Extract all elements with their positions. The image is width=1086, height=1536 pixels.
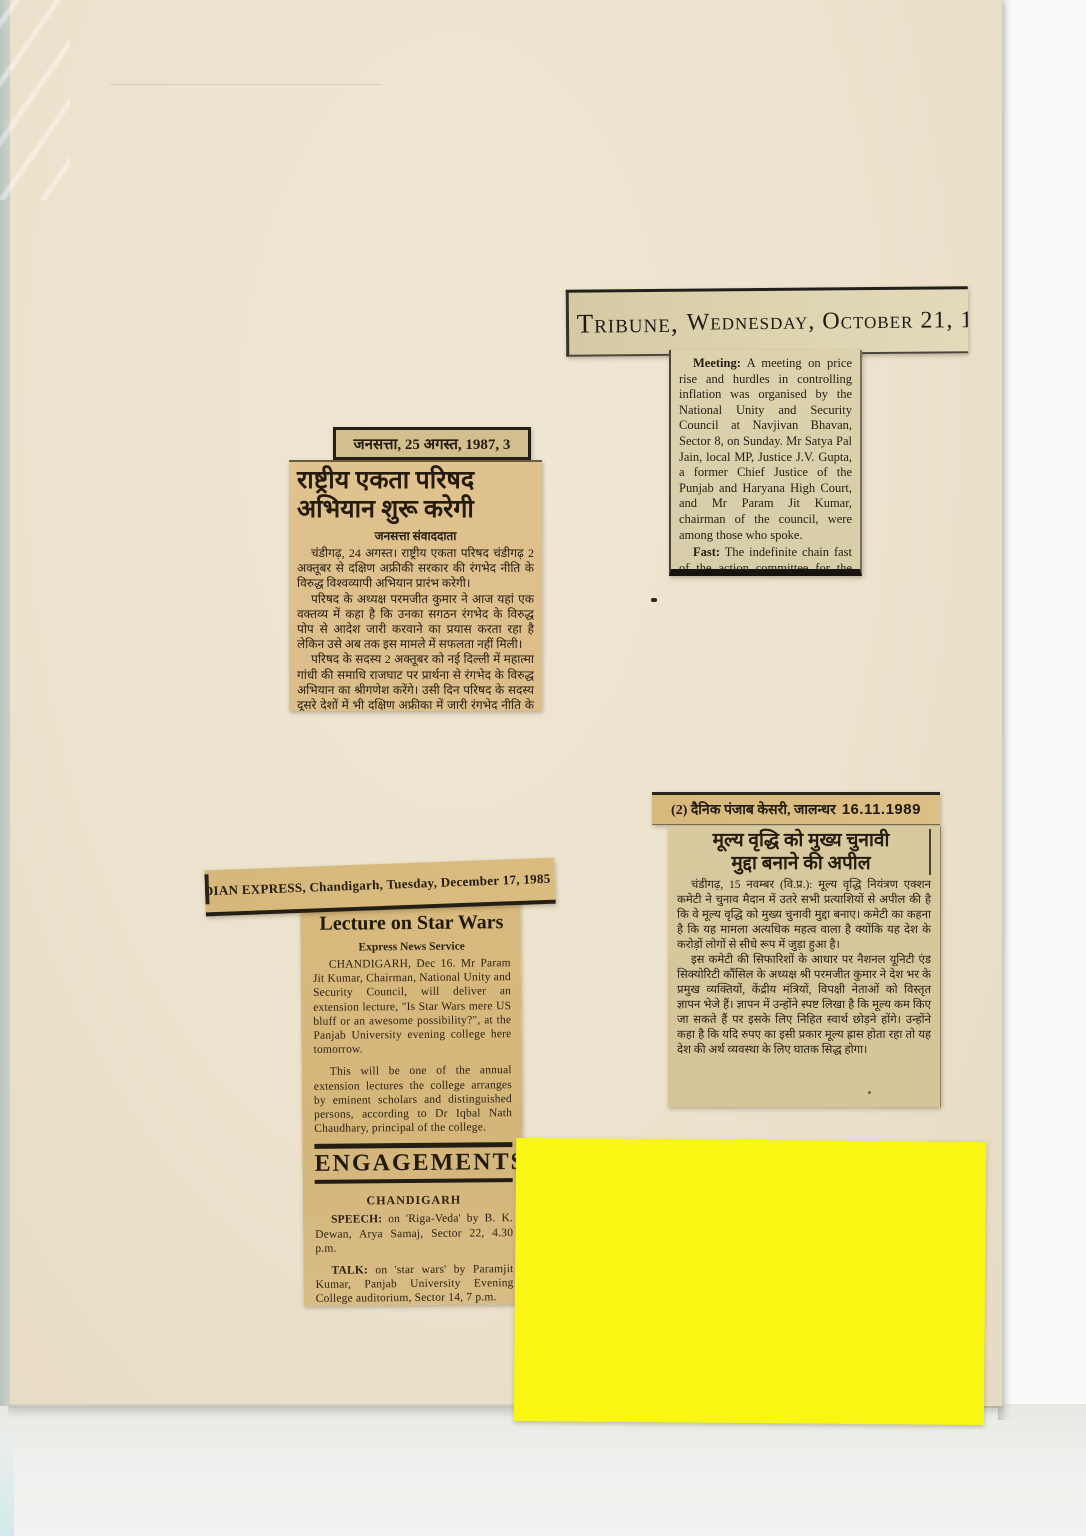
express-paragraph: This will be one of the annual extension… — [314, 1064, 513, 1137]
sleeve-corner-tint — [0, 1430, 14, 1536]
kesari-masthead-text: (2) दैनिक पंजाब केसरी, जालन्धर — [671, 800, 836, 819]
jansatta-body: चंडीगढ़, 24 अगस्त। राष्ट्रीय एकता परिषद … — [297, 546, 534, 711]
tribune-masthead-clipping: The Tribune, Wednesday, October 21, 1998 — [566, 286, 969, 357]
express-article-clipping: Lecture on Star Wars Express News Servic… — [300, 895, 524, 1306]
jansatta-byline: जनसत्ता संवाददाता — [297, 527, 534, 544]
jansatta-paragraph: चंडीगढ़, 24 अगस्त। राष्ट्रीय एकता परिषद … — [297, 546, 534, 592]
kesari-paragraph: चंडीगढ़, 15 नवम्बर (वि.प्र.): मूल्य वृद्… — [677, 878, 931, 953]
jansatta-paragraph: परिषद के सदस्य 2 अक्तूबर को नई दिल्ली मे… — [297, 652, 534, 711]
kesari-masthead-date: 16.11.1989 — [842, 801, 921, 818]
express-paragraph: CHANDIGARH, Dec 16. Mr Param Jit Kumar, … — [313, 956, 512, 1057]
tribune-brief-meeting: Meeting: A meeting on price rise and hur… — [679, 356, 852, 543]
kesari-body: चंडीगढ़, 15 नवम्बर (वि.प्र.): मूल्य वृद्… — [677, 878, 931, 1058]
engagement-talk: TALK: on 'star wars' by Paramjit Kumar, … — [315, 1262, 513, 1306]
engagements-section-title: ENGAGEMENTS — [314, 1143, 512, 1185]
sleeve-glare — [0, 0, 70, 200]
express-body: CHANDIGARH, Dec 16. Mr Param Jit Kumar, … — [313, 956, 513, 1136]
torn-edge-mark — [204, 874, 209, 904]
jansatta-headline: राष्ट्रीय एकता परिषद अभियान शुरू करेगी — [297, 466, 534, 524]
engagements-city-heading: CHANDIGARH — [315, 1193, 513, 1210]
jansatta-masthead-text: जनसत्ता, 25 अगस्त, 1987, 3 — [354, 434, 511, 454]
tribune-article-clipping: Meeting: A meeting on price rise and hur… — [669, 350, 862, 576]
scanner-background-right — [1000, 0, 1086, 1536]
engagement-speech-label: SPEECH: — [331, 1214, 382, 1226]
page-crease — [110, 84, 380, 85]
scanned-scrapbook-page: The Tribune, Wednesday, October 21, 1998… — [0, 0, 1086, 1536]
tribune-brief-meeting-text: A meeting on price rise and hurdles in c… — [679, 356, 852, 542]
ink-speck — [651, 598, 657, 602]
jansatta-masthead-clipping: जनसत्ता, 25 अगस्त, 1987, 3 — [333, 427, 531, 460]
express-headline: Lecture on Star Wars — [312, 911, 510, 936]
engagement-talk-label: TALK: — [331, 1264, 368, 1276]
yellow-paper-overlay — [514, 1138, 986, 1425]
express-masthead-text: INDIAN EXPRESS, Chandigarh, Tuesday, Dec… — [204, 871, 551, 900]
tribune-brief-fast-label: Fast: — [693, 545, 720, 559]
jansatta-headline-line1: राष्ट्रीय एकता परिषद — [297, 466, 534, 495]
tribune-brief-meeting-label: Meeting: — [693, 356, 741, 370]
jansatta-paragraph: परिषद के अध्यक्ष परमजीत कुमार ने आज यहां… — [297, 592, 534, 653]
engagement-speech: SPEECH: on 'Riga-Veda' by B. K. Dewan, A… — [315, 1212, 513, 1256]
kesari-article-clipping: मूल्य वृद्धि को मुख्य चुनावी मुद्दा बनान… — [668, 826, 941, 1107]
kesari-paragraph: इस कमेटी की सिफारिशों के आधार पर नैशनल य… — [677, 953, 931, 1058]
kesari-masthead-clipping: (2) दैनिक पंजाब केसरी, जालन्धर 16.11.198… — [652, 792, 940, 825]
tribune-brief-fast: Fast: The indefinite chain fast of the a… — [679, 545, 852, 576]
jansatta-article-clipping: राष्ट्रीय एकता परिषद अभियान शुरू करेगी ज… — [289, 460, 542, 711]
kesari-headline: मूल्य वृद्धि को मुख्य चुनावी मुद्दा बनान… — [677, 829, 931, 875]
ink-speck — [868, 1091, 871, 1094]
kesari-headline-line2: मुद्दा बनाने की अपील — [677, 852, 925, 875]
jansatta-headline-line2: अभियान शुरू करेगी — [297, 495, 534, 524]
tribune-date: Wednesday, October 21, 1998 — [687, 306, 969, 336]
engagements-list: SPEECH: on 'Riga-Veda' by B. K. Dewan, A… — [315, 1212, 514, 1306]
express-byline: Express News Service — [313, 940, 511, 954]
tribune-paper-name: The Tribune, — [566, 307, 679, 339]
kesari-headline-line1: मूल्य वृद्धि को मुख्य चुनावी — [677, 829, 925, 852]
